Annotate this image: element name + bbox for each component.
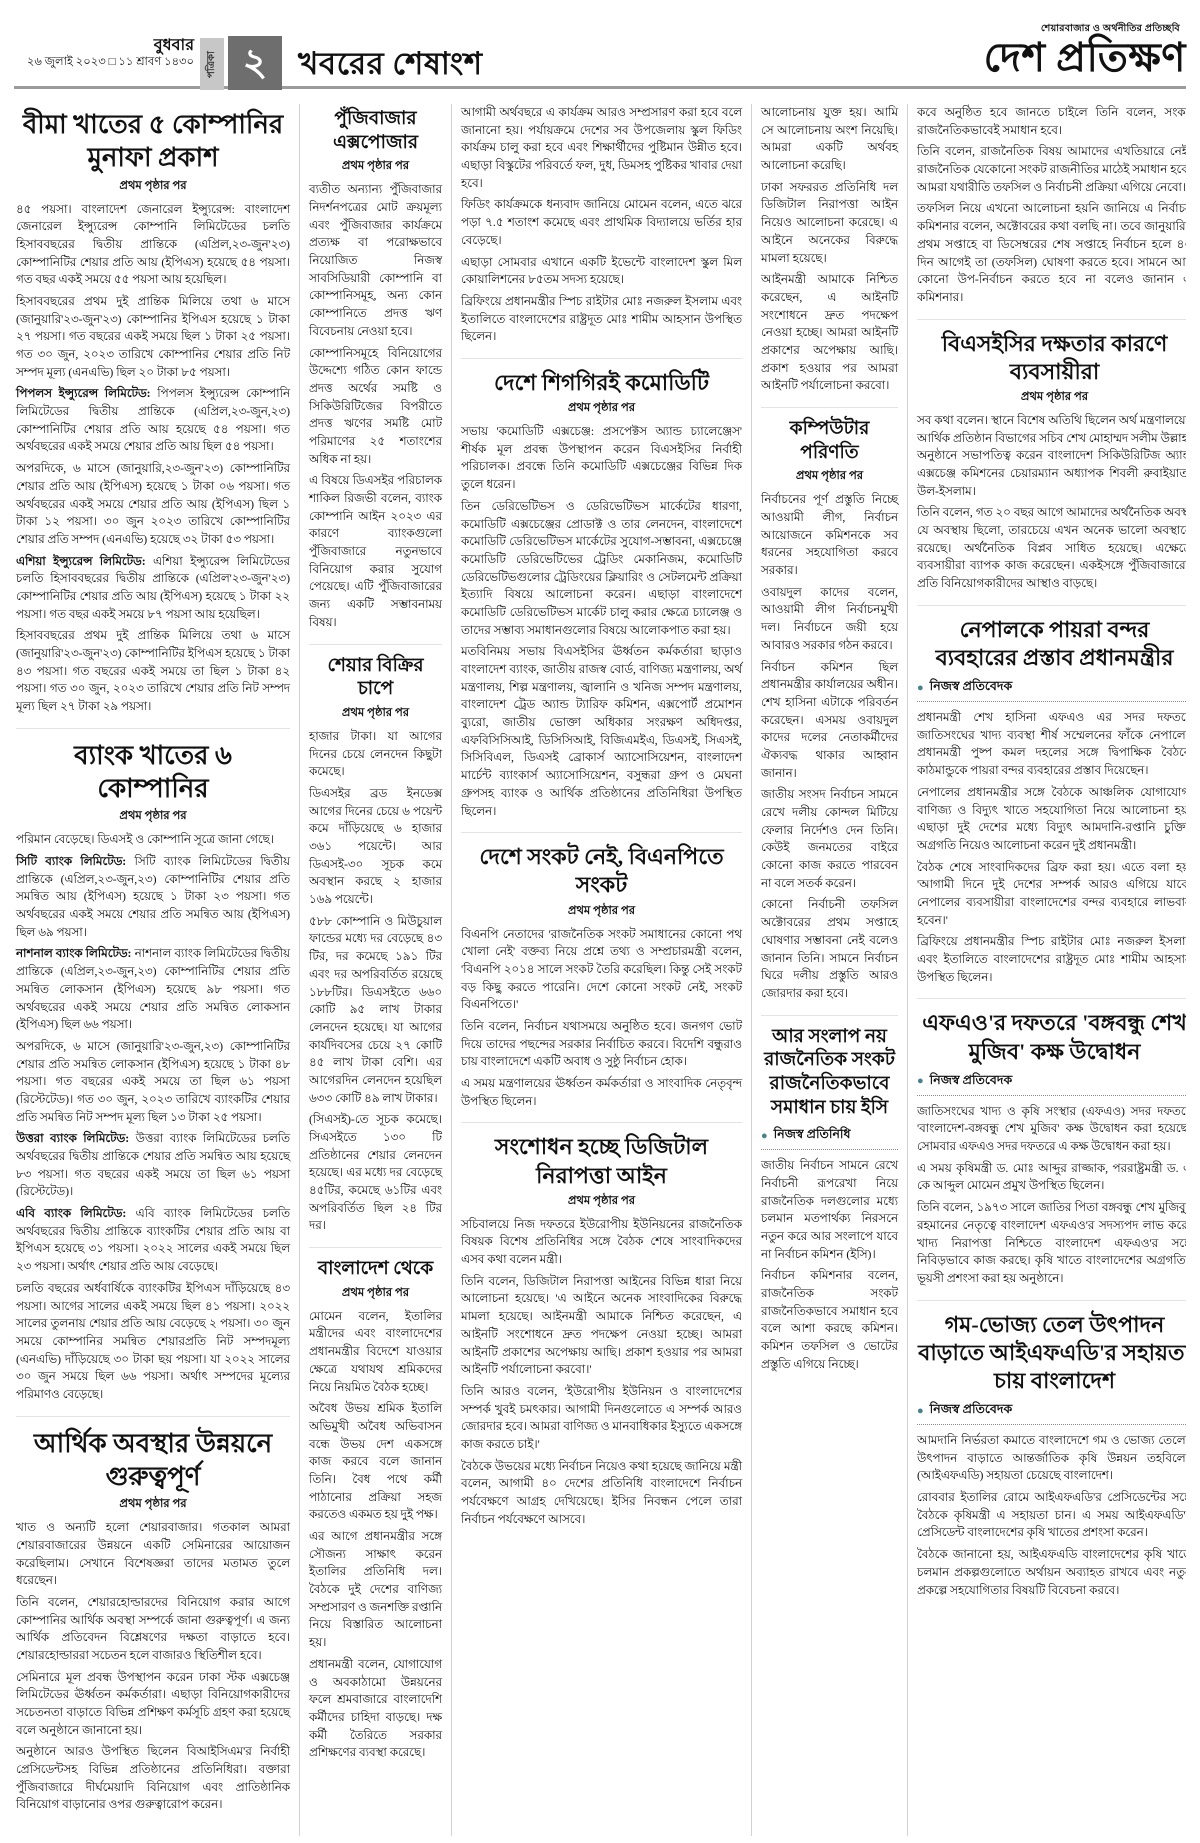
- body-paragraph: ঢাকা সফররত প্রতিনিধি দল ডিজিটাল নিরাপত্ত…: [761, 179, 898, 267]
- paragraph-lead: নাশনাল ব্যাংক লিমিটেড:: [16, 946, 131, 960]
- continued-from-label: প্রথম পৃষ্ঠার পর: [16, 1495, 290, 1514]
- body-paragraph: তিনি বলেন, ১৯৭৩ সালে জাতির পিতা বঙ্গবন্ধ…: [917, 1199, 1186, 1287]
- col-5: কবে অনুষ্ঠিত হবে জানতে চাইলে তিনি বলেন, …: [908, 104, 1186, 1836]
- body-paragraph: ৫৮৮ কোম্পানি ও মিউচুয়াল ফান্ডের মধ্যে দ…: [309, 913, 442, 1108]
- body-paragraph: অপরদিকে, ৬ মাসে (জানুয়ারি'২৩-জুন,২৩) কো…: [16, 1038, 290, 1126]
- body-paragraph: ব্যতীত অন্যান্য পুঁজিবাজার নিদর্শনপত্রের…: [309, 181, 442, 340]
- body-paragraph: সচিবালয়ে নিজ দফতরে ইউরোপীয় ইউনিয়নের র…: [461, 1216, 742, 1269]
- newspaper-page: বুধবার ২৬ জুলাই ২০২৩ □ ১১ শ্রাবণ ১৪৩০ পত…: [0, 0, 1200, 1843]
- body-paragraph: বৈঠক শেষে সাংবাদিকদের ব্রিফ করা হয়। এতে…: [917, 859, 1186, 930]
- brand-name: দেশ প্রতিক্ষণ: [984, 37, 1186, 79]
- continued-from-label: প্রথম পৃষ্ঠার পর: [309, 1284, 442, 1303]
- body-paragraph: অনুষ্ঠানে আরও উপস্থিত ছিলেন বিআইসিএম'র ন…: [16, 1743, 290, 1814]
- paragraph-lead: এবি ব্যাংক লিমিটেড:: [16, 1206, 126, 1220]
- body-paragraph: প্রধানমন্ত্রী শেখ হাসিনা এফএও এর সদর দফত…: [917, 709, 1186, 780]
- byline-bullet-icon: ●: [917, 1406, 924, 1417]
- body-paragraph: কোনো নির্বাচনী তফসিল অক্টোবরের প্রথম সপ্…: [761, 896, 898, 1002]
- article: এফএও'র দফতরে 'বঙ্গবন্ধু শেখ মুজিব' কক্ষ …: [917, 998, 1186, 1287]
- body-paragraph: মতবিনিময় সভায় বিএসইসির ঊর্ধ্বতন কর্মকর…: [461, 643, 742, 820]
- article-continuation: কবে অনুষ্ঠিত হবে জানতে চাইলে তিনি বলেন, …: [917, 104, 1186, 307]
- body-paragraph: সব কথা বলেন। স্থানে বিশেষ অতিথি ছিলেন অর…: [917, 412, 1186, 500]
- article: দেশে সংকট নেই, বিএনপিতে সংকটপ্রথম পৃষ্ঠা…: [461, 832, 742, 1110]
- day-name: বুধবার: [14, 36, 194, 55]
- body-paragraph: পরিমান বেড়েছে। ডিএসই ও কোম্পানি সূত্রে …: [16, 831, 290, 849]
- page-header: বুধবার ২৬ জুলাই ২০২৩ □ ১১ শ্রাবণ ১৪৩০ পত…: [0, 0, 1200, 96]
- page-number-box: ২: [228, 36, 282, 90]
- section-title: খবরের শেষাংশ: [298, 40, 483, 92]
- body-paragraph: প্রধানমন্ত্রী বলেন, যোগাযোগ ও অবকাঠামো উ…: [309, 1656, 442, 1762]
- body-paragraph: ওবায়দুল কাদের বলেন, আওয়ামী লীগ নির্বাচ…: [761, 584, 898, 655]
- article-headline: গম-ভোজ্য তেল উৎপাদন বাড়াতে আইএফএডি'র সহ…: [917, 1311, 1186, 1395]
- article-continuation: আগামী অর্থবছরে এ কার্যক্রম আরও সম্প্রসার…: [461, 104, 742, 346]
- body-paragraph: এবি ব্যাংক লিমিটেড: এবি ব্যাংক লিমিটেডের…: [16, 1205, 290, 1276]
- col-2: পুঁজিবাজার এক্সপোজারপ্রথম পৃষ্ঠার পরব্যত…: [300, 104, 452, 1836]
- byline-bullet-icon: ●: [761, 1131, 768, 1142]
- body-paragraph: আগামী অর্থবছরে এ কার্যক্রম আরও সম্প্রসার…: [461, 104, 742, 192]
- continued-from-label: প্রথম পৃষ্ঠার পর: [16, 807, 290, 826]
- byline: ●নিজস্ব প্রতিবেদক: [917, 1072, 1186, 1092]
- article-headline: বীমা খাতের ৫ কোম্পানির মুনাফা প্রকাশ: [16, 108, 290, 175]
- body-paragraph: তিনি বলেন, রাজনৈতিক বিষয় আমাদের এখতিয়া…: [917, 143, 1186, 196]
- body-paragraph: এশিয়া ইন্স্যুরেন্স লিমিটেড: এশিয়া ইন্স…: [16, 553, 290, 624]
- body-paragraph: এ সময় কৃষিমন্ত্রী ড. মোঃ আব্দুর রাজ্জাক…: [917, 1160, 1186, 1195]
- brand-logo: শেয়ারবাজার ও অর্থনীতির প্রতিচ্ছবি দেশ প…: [984, 22, 1186, 79]
- byline-divider: [917, 1095, 1186, 1096]
- col-1: বীমা খাতের ৫ কোম্পানির মুনাফা প্রকাশপ্রথ…: [14, 104, 300, 1836]
- body-paragraph: সভায় 'কমোডিটি এক্সচেঞ্জ: প্রসপেক্টস অ্য…: [461, 423, 742, 494]
- body-paragraph: তিনি বলেন, ডিজিটাল নিরাপত্তা আইনের বিভিন…: [461, 1273, 742, 1379]
- article: গম-ভোজ্য তেল উৎপাদন বাড়াতে আইএফএডি'র সহ…: [917, 1300, 1186, 1600]
- continued-from-label: প্রথম পৃষ্ঠার পর: [461, 399, 742, 418]
- continued-from-label: প্রথম পৃষ্ঠার পর: [309, 157, 442, 176]
- body-paragraph: কোম্পানিসমূহে বিনিয়োগের উদ্দেশ্যে গঠিত …: [309, 345, 442, 469]
- body-paragraph: বৈঠকে জানানো হয়, আইএফএডি বাংলাদেশের কৃষ…: [917, 1546, 1186, 1599]
- byline: ●নিজস্ব প্রতিবেদক: [917, 678, 1186, 698]
- body-paragraph: বৈঠকে উভয়ের মধ্যে নির্বাচন নিয়েও কথা হ…: [461, 1458, 742, 1529]
- body-paragraph: ফিডিং কার্যক্রমকে ধন্যবাদ জানিয়ে মোমেন …: [461, 196, 742, 249]
- byline-divider: [761, 1149, 898, 1150]
- article: ব্যাংক খাতের ৬ কোম্পানিরপ্রথম পৃষ্ঠার পর…: [16, 728, 290, 1404]
- byline-name: নিজস্ব প্রতিবেদক: [930, 1072, 1013, 1092]
- body-paragraph: নির্বাচন কমিশন ছিল প্রধানমন্ত্রীর কার্যা…: [761, 659, 898, 783]
- date-block: বুধবার ২৬ জুলাই ২০২৩ □ ১১ শ্রাবণ ১৪৩০: [14, 36, 194, 70]
- article: আর সংলাপ নয় রাজনৈতিক সংকট রাজনৈতিকভাবে …: [761, 1015, 898, 1374]
- continued-from-label: প্রথম পৃষ্ঠার পর: [461, 1192, 742, 1211]
- continued-from-label: প্রথম পৃষ্ঠার পর: [16, 177, 290, 196]
- body-paragraph: জাতীয় সংসদ নির্বাচন সামনে রেখে দলীয় কো…: [761, 786, 898, 892]
- byline-divider: [917, 1424, 1186, 1425]
- body-paragraph: খাত ও অন্যটি হলো শেয়ারবাজার। গতকাল আমরা…: [16, 1519, 290, 1590]
- body-paragraph: মোমেন বলেন, ইতালির মন্ত্রীদের এবং বাংলাদ…: [309, 1308, 442, 1396]
- page-number: ২: [243, 44, 268, 82]
- article: নেপালকে পায়রা বন্দর ব্যবহারের প্রস্তাব …: [917, 605, 1186, 987]
- byline-name: নিজস্ব প্রতিবেদক: [930, 1401, 1013, 1421]
- byline-name: নিজস্ব প্রতিবেদক: [930, 678, 1013, 698]
- article-headline: এফএও'র দফতরে 'বঙ্গবন্ধু শেখ মুজিব' কক্ষ …: [917, 1009, 1186, 1065]
- continued-from-label: প্রথম পৃষ্ঠার পর: [761, 467, 898, 486]
- continued-from-label: প্রথম পৃষ্ঠার পর: [917, 388, 1186, 407]
- byline: ●নিজস্ব প্রতিনিধি: [761, 1126, 898, 1146]
- byline-divider: [917, 701, 1186, 702]
- body-paragraph: এর আগে প্রধানমন্ত্রীর সঙ্গে সৌজন্য সাক্ষ…: [309, 1528, 442, 1652]
- body-paragraph: সেমিনারে মূল প্রবন্ধ উপস্থাপন করেন ঢাকা …: [16, 1669, 290, 1740]
- paragraph-lead: পিপলস ইন্স্যুরেন্স লিমিটেড:: [16, 386, 151, 400]
- article-headline: দেশে সংকট নেই, বিএনপিতে সংকট: [461, 843, 742, 899]
- article-headline: নেপালকে পায়রা বন্দর ব্যবহারের প্রস্তাব …: [917, 616, 1186, 672]
- body-paragraph: উত্তরা ব্যাংক লিমিটেড: উত্তরা ব্যাংক লিম…: [16, 1130, 290, 1201]
- body-paragraph: আমদানি নির্ভরতা কমাতে বাংলাদেশে গম ও ভোজ…: [917, 1432, 1186, 1485]
- byline-bullet-icon: ●: [917, 1076, 924, 1087]
- body-paragraph: ব্রিফিংয়ে প্রধানমন্ত্রীর স্পিচ রাইটার ম…: [461, 293, 742, 346]
- byline: ●নিজস্ব প্রতিবেদক: [917, 1401, 1186, 1421]
- body-paragraph: (সিএসই)-তে সূচক কমেছে। সিএসইতে ১৩০ টি প্…: [309, 1111, 442, 1235]
- article-headline: কম্পিউটার পরিণতি: [761, 418, 898, 465]
- article: সংশোধন হচ্ছে ডিজিটাল নিরাপত্তা আইনপ্রথম …: [461, 1122, 742, 1528]
- body-paragraph: চলতি বছরের অর্ধবার্ষিকে ব্যাংকটির ইপিএস …: [16, 1280, 290, 1404]
- body-paragraph: এ সময় মন্ত্রণালয়ের ঊর্ধ্বতন কর্মকর্তার…: [461, 1075, 742, 1110]
- body-paragraph: তফসিল নিয়ে এখনো আলোচনা হয়নি জানিয়ে এ …: [917, 200, 1186, 306]
- col-4: আলোচনায় যুক্ত হয়। আমি সে আলোচনায় অংশ …: [752, 104, 908, 1836]
- continued-from-label: প্রথম পৃষ্ঠার পর: [461, 902, 742, 921]
- columns: বীমা খাতের ৫ কোম্পানির মুনাফা প্রকাশপ্রথ…: [14, 104, 1186, 1836]
- body-paragraph: কবে অনুষ্ঠিত হবে জানতে চাইলে তিনি বলেন, …: [917, 104, 1186, 139]
- body-paragraph: হিসাববছরের প্রথম দুই প্রান্তিক মিলিয়ে ত…: [16, 627, 290, 715]
- article: পুঁজিবাজার এক্সপোজারপ্রথম পৃষ্ঠার পরব্যত…: [309, 108, 442, 632]
- page-word: পত্রিকা: [204, 51, 221, 78]
- body-paragraph: পিপলস ইন্স্যুরেন্স লিমিটেড: পিপলস ইন্স্য…: [16, 385, 290, 456]
- article-headline: আর সংলাপ নয় রাজনৈতিক সংকট রাজনৈতিকভাবে …: [761, 1026, 898, 1121]
- body-paragraph: অবৈধ উভয় শ্রমিক ইতালি অভিমুখী অবৈধ অভিব…: [309, 1400, 442, 1524]
- byline-bullet-icon: ●: [917, 683, 924, 694]
- article-continuation: আলোচনায় যুক্ত হয়। আমি সে আলোচনায় অংশ …: [761, 104, 898, 395]
- body-paragraph: আইনমন্ত্রী আমাকে নিশ্চিত করেছেন, এ আইনটি…: [761, 271, 898, 395]
- body-paragraph: তিনি আরও বলেন, 'ইউরোপীয় ইউনিয়ন ও বাংলা…: [461, 1383, 742, 1454]
- body-paragraph: হাজার টাকা। যা আগের দিনের চেয়ে লেনদেন ক…: [309, 728, 442, 781]
- body-paragraph: রোববার ইতালির রোমে আইএফএডি'র প্রেসিডেন্ট…: [917, 1489, 1186, 1542]
- date-line: ২৬ জুলাই ২০২৩ □ ১১ শ্রাবণ ১৪৩০: [14, 55, 194, 70]
- body-paragraph: নির্বাচনের পূর্ণ প্রস্তুতি নিচ্ছে আওয়াম…: [761, 491, 898, 579]
- continued-from-label: প্রথম পৃষ্ঠার পর: [309, 704, 442, 723]
- article-headline: ব্যাংক খাতের ৬ কোম্পানির: [16, 739, 290, 806]
- paragraph-lead: উত্তরা ব্যাংক লিমিটেড:: [16, 1131, 129, 1145]
- body-paragraph: তিনি বলেন, গত ২০ বছর আগে আমাদের অর্থনৈতি…: [917, 504, 1186, 592]
- article: বাংলাদেশ থেকেপ্রথম পৃষ্ঠার পরমোমেন বলেন,…: [309, 1247, 442, 1762]
- body-paragraph: সিটি ব্যাংক লিমিটেড: সিটি ব্যাংক লিমিটেড…: [16, 853, 290, 941]
- article: শেয়ার বিক্রির চাপেপ্রথম পৃষ্ঠার পরহাজার…: [309, 644, 442, 1236]
- article: দেশে শিগগিরই কমোডিটিপ্রথম পৃষ্ঠার পরসভায…: [461, 358, 742, 820]
- body-paragraph: জাতীয় নির্বাচন সামনে রেখে নির্বাচনী রূপ…: [761, 1157, 898, 1263]
- paragraph-lead: সিটি ব্যাংক লিমিটেড:: [16, 854, 126, 868]
- article-headline: সংশোধন হচ্ছে ডিজিটাল নিরাপত্তা আইন: [461, 1133, 742, 1189]
- body-paragraph: ব্রিফিংয়ে প্রধানমন্ত্রীর স্পিচ রাইটার ম…: [917, 933, 1186, 986]
- page-word-box: পত্রিকা: [200, 38, 224, 90]
- article-headline: শেয়ার বিক্রির চাপে: [309, 655, 442, 702]
- body-paragraph: নেপালের প্রধানমন্ত্রীর সঙ্গে বৈঠকে আঞ্চল…: [917, 784, 1186, 855]
- body-paragraph: এ বিষয়ে ডিএসইর পরিচালক শাকিল রিজভী বলেন…: [309, 472, 442, 631]
- byline-name: নিজস্ব প্রতিনিধি: [774, 1126, 851, 1146]
- body-paragraph: নির্বাচন কমিশনার বলেন, রাজনৈতিক সংকট রাজ…: [761, 1267, 898, 1373]
- article: কম্পিউটার পরিণতিপ্রথম পৃষ্ঠার পরনির্বাচন…: [761, 407, 898, 1003]
- article-headline: বিএসইসির দক্ষতার কারণে ব্যবসায়ীরা: [917, 330, 1186, 386]
- body-paragraph: জাতিসংঘের খাদ্য ও কৃষি সংস্থার (এফএও) সদ…: [917, 1103, 1186, 1156]
- article: বিএসইসির দক্ষতার কারণে ব্যবসায়ীরাপ্রথম …: [917, 319, 1186, 593]
- paragraph-lead: এশিয়া ইন্স্যুরেন্স লিমিটেড:: [16, 554, 146, 568]
- article-headline: আর্থিক অবস্থার উন্নয়নে গুরুত্বপূর্ণ: [16, 1427, 290, 1494]
- article-headline: দেশে শিগগিরই কমোডিটি: [461, 369, 742, 397]
- body-paragraph: বিএনপি নেতাদের 'রাজনৈতিক সংকট সমাধানের ক…: [461, 926, 742, 1014]
- body-paragraph: হিসাববছরের প্রথম দুই প্রান্তিক মিলিয়ে ত…: [16, 293, 290, 381]
- body-paragraph: ৪৫ পয়সা। বাংলাদেশ জেনারেল ইন্স্যুরেন্স:…: [16, 201, 290, 289]
- article-headline: বাংলাদেশ থেকে: [309, 1258, 442, 1282]
- body-paragraph: তিনি বলেন, নির্বাচন যথাসময়ে অনুষ্ঠিত হব…: [461, 1018, 742, 1071]
- col-3: আগামী অর্থবছরে এ কার্যক্রম আরও সম্প্রসার…: [452, 104, 752, 1836]
- body-paragraph: আলোচনায় যুক্ত হয়। আমি সে আলোচনায় অংশ …: [761, 104, 898, 175]
- body-paragraph: ডিএসইর ব্রড ইনডেক্স আগের দিনের চেয়ে ৬ প…: [309, 785, 442, 909]
- article-headline: পুঁজিবাজার এক্সপোজার: [309, 108, 442, 155]
- body-paragraph: অপরদিকে, ৬ মাসে (জানুয়ারি,২৩-জুন'২৩) কো…: [16, 460, 290, 548]
- body-paragraph: তিনি বলেন, শেয়ারহোল্ডারদের বিনিয়োগ করা…: [16, 1594, 290, 1665]
- article: বীমা খাতের ৫ কোম্পানির মুনাফা প্রকাশপ্রথ…: [16, 108, 290, 716]
- body-paragraph: এছাড়া সোমবার এখানে একটি ইভেন্টে বাংলাদে…: [461, 254, 742, 289]
- body-paragraph: নাশনাল ব্যাংক লিমিটেড: নাশনাল ব্যাংক লিম…: [16, 945, 290, 1033]
- article: আর্থিক অবস্থার উন্নয়নে গুরুত্বপূর্ণপ্রথ…: [16, 1416, 290, 1815]
- body-paragraph: তিন ডেরিভেটিভস ও ডেরিভেটিভস মার্কেটের ধা…: [461, 498, 742, 640]
- header-rule: [14, 86, 1186, 89]
